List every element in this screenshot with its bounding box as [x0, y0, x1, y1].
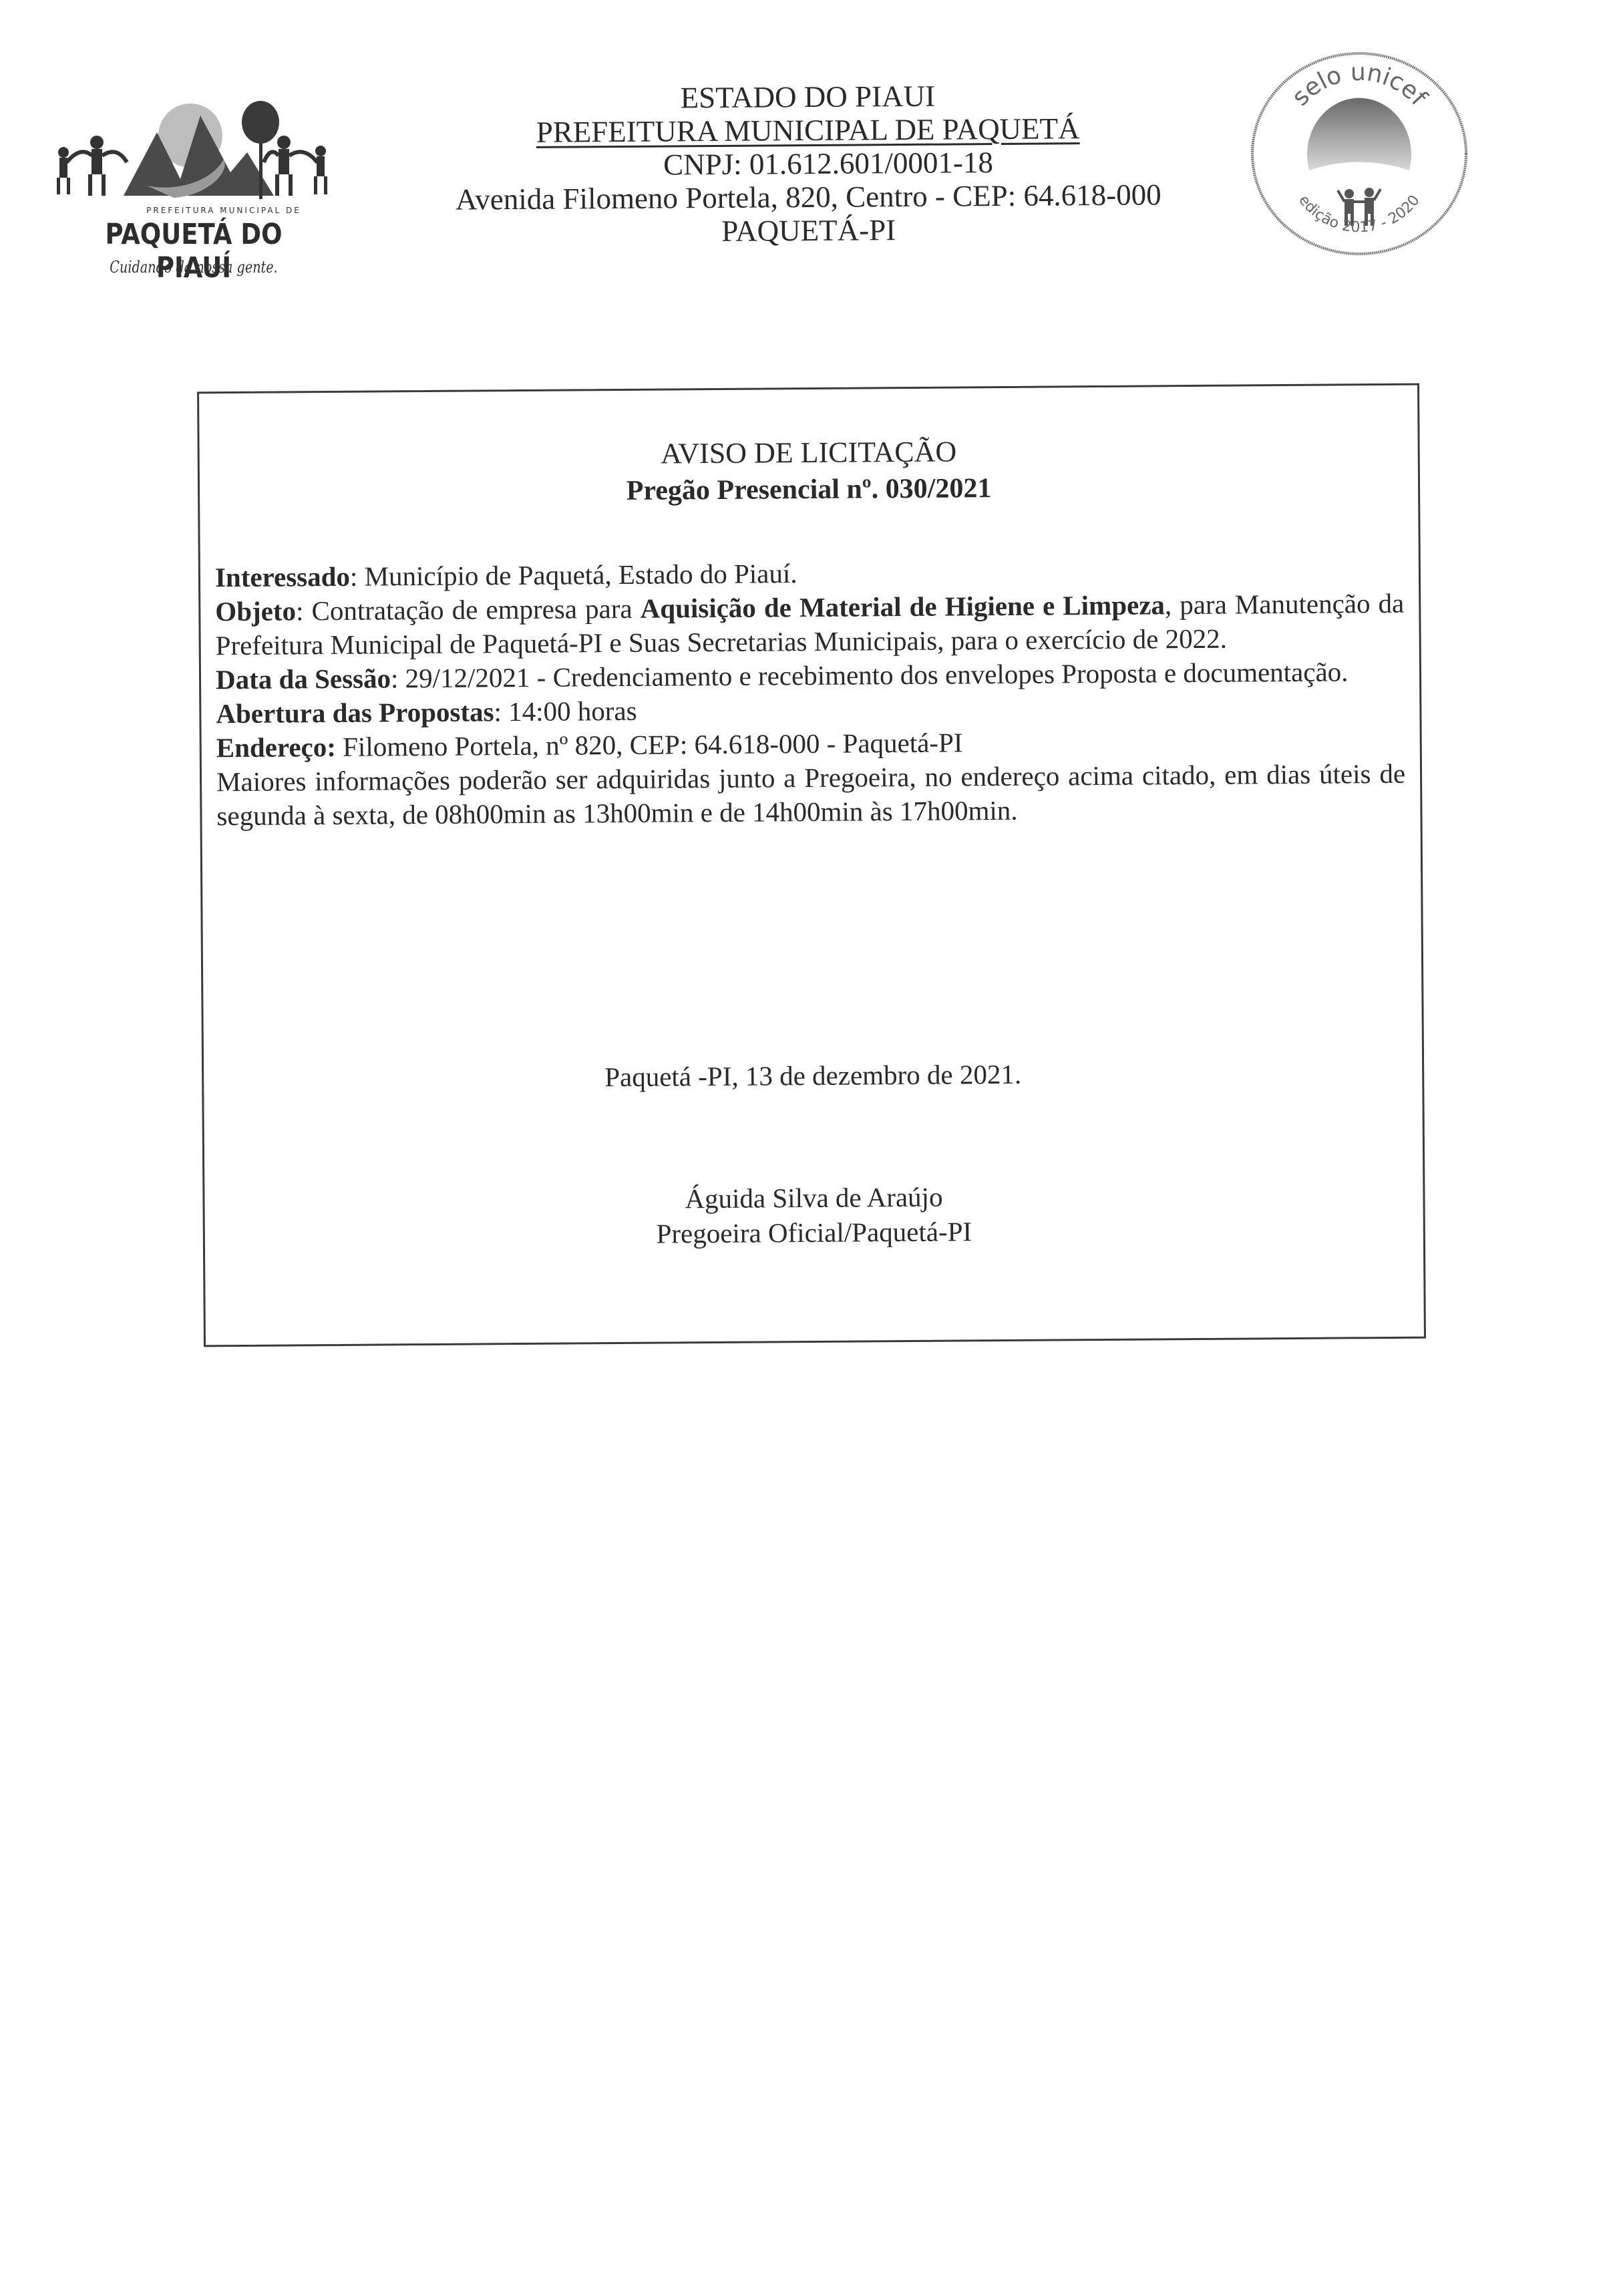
objeto-bold-text: Aquisição de Material de Higiene e Limpe…: [641, 589, 1166, 623]
endereco-value: Filomeno Portela, nº 820, CEP: 64.618-00…: [343, 727, 963, 762]
objeto-label: Objeto: [215, 595, 296, 627]
data-sessao-value: 29/12/2021 - Credenciamento e recebiment…: [405, 656, 1349, 693]
unicef-seal: selo unicef edição 2017 - 2020: [1239, 47, 1479, 261]
bid-notice-box: AVISO DE LICITAÇÃO Pregão Presencial nº.…: [197, 383, 1426, 1347]
notice-title: AVISO DE LICITAÇÃO: [214, 432, 1403, 474]
people-mountains-tree-logo-icon: [53, 79, 334, 212]
municipality-logo: PREFEITURA MUNICIPAL DE PAQUETÁ DO PIAUÍ…: [53, 79, 334, 279]
abertura-value: 14:00 horas: [508, 695, 637, 727]
logo-tagline: Cuidando da nossa gente.: [81, 258, 306, 277]
notice-subtitle: Pregão Presencial nº. 030/2021: [214, 469, 1403, 510]
abertura-label: Abertura das Propostas: [216, 696, 494, 729]
state-name: ESTADO DO PIAUI: [373, 77, 1242, 116]
letterhead: ESTADO DO PIAUI PREFEITURA MUNICIPAL DE …: [373, 77, 1243, 250]
info-paragraph: Maiores informações poderão ser adquirid…: [216, 757, 1406, 833]
unicef-children-seal-icon: selo unicef edição 2017 - 2020: [1239, 47, 1479, 261]
place-date: Paquetá -PI, 13 de dezembro de 2021.: [218, 1055, 1407, 1096]
interessado-label: Interessado: [215, 561, 350, 593]
logo-caption-small: PREFEITURA MUNICIPAL DE: [124, 206, 324, 215]
seal-bottom-text: edição 2017 - 2020: [1295, 192, 1423, 236]
endereco-label: Endereço:: [216, 731, 336, 763]
svg-text:edição 2017 - 2020: edição 2017 - 2020: [1295, 192, 1423, 236]
prefecture-name: PREFEITURA MUNICIPAL DE PAQUETÁ: [536, 112, 1080, 149]
notice-body: Interessado: Município de Paquetá, Estad…: [215, 552, 1406, 833]
objeto-text-before: Contratação de empresa para: [311, 593, 632, 626]
address: Avenida Filomeno Portela, 820, Centro - …: [374, 177, 1242, 216]
data-sessao-label: Data da Sessão: [216, 663, 391, 695]
city: PAQUETÁ-PI: [375, 210, 1243, 250]
interessado-value: Município de Paquetá, Estado do Piauí.: [364, 558, 797, 592]
objeto-field: Objeto: Contratação de empresa para Aqui…: [215, 587, 1405, 663]
cnpj: CNPJ: 01.612.601/0001-18: [374, 144, 1242, 183]
signatory-role: Pregoeira Oficial/Paquetá-PI: [220, 1212, 1409, 1253]
